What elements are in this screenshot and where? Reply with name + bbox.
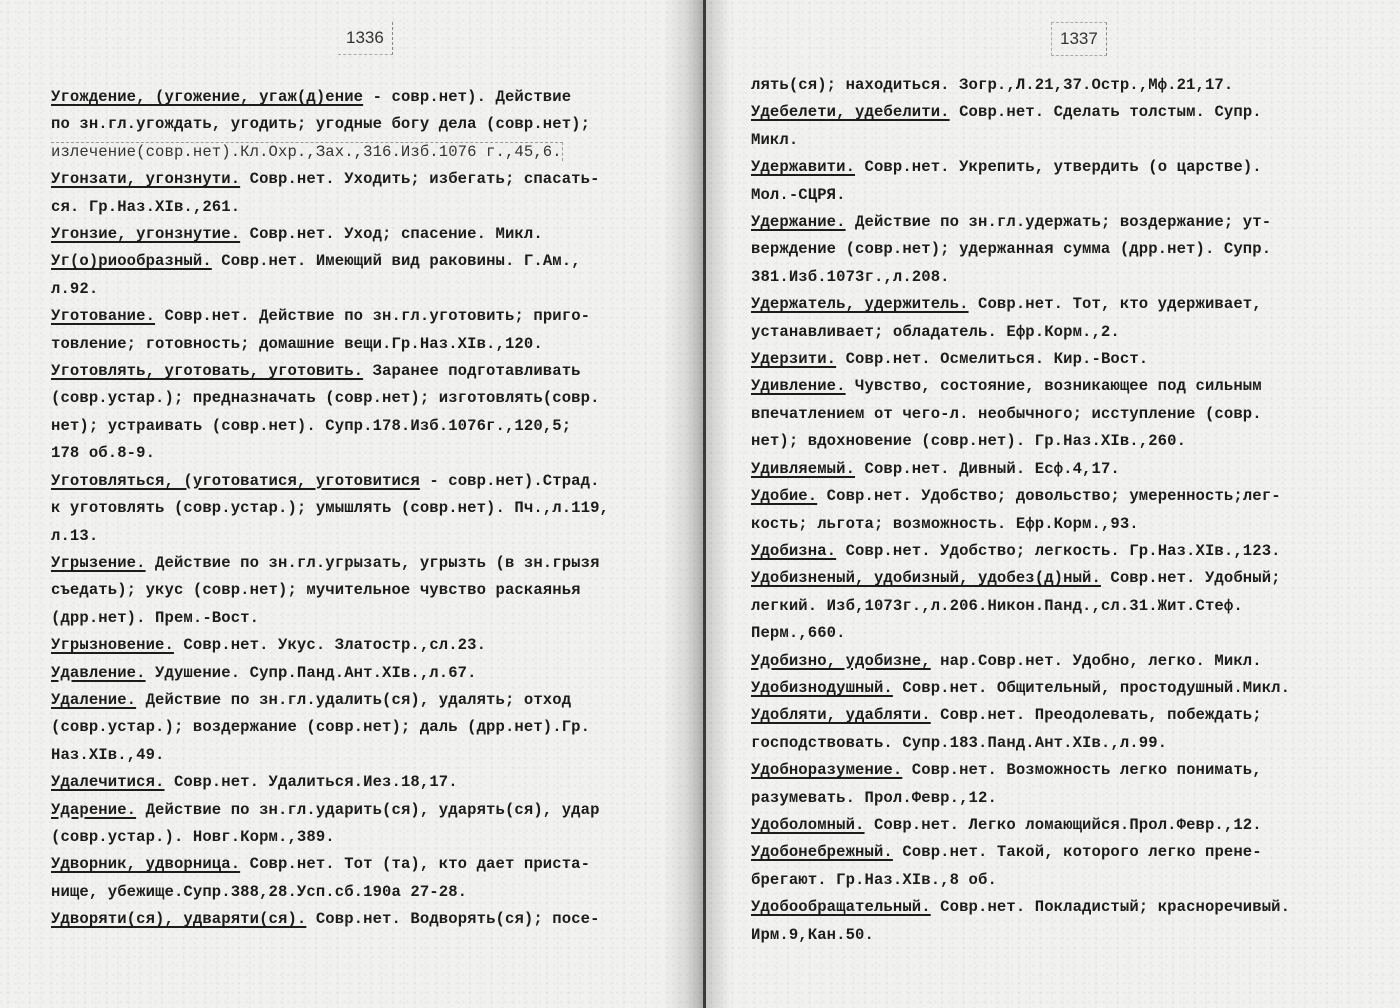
headword: Угождение, (угожение, угаж(д)ение (51, 88, 363, 106)
dictionary-entry-line: Удобноразумение. Совр.нет. Возможность л… (751, 757, 1360, 784)
dictionary-entry-line: Удивление. Чувство, состояние, возникающ… (751, 373, 1360, 400)
dictionary-continuation-line: 178 об.8-9. (51, 440, 667, 467)
dictionary-entry-line: Удобообращательный. Совр.нет. Покладисты… (751, 894, 1360, 921)
entry-text: л.92. (51, 280, 98, 298)
entry-text: Совр.нет. Дивный. Есф.4,17. (855, 460, 1120, 478)
dictionary-entry-line: Удерзити. Совр.нет. Осмелиться. Кир.-Вос… (751, 346, 1360, 373)
entry-text: Совр.нет. Осмелиться. Кир.-Вост. (836, 350, 1148, 368)
dictionary-continuation-line: брегают. Гр.Наз.XIв.,8 об. (751, 867, 1360, 894)
entry-text: к уготовлять (совр.устар.); умышлять (со… (51, 499, 609, 517)
dictionary-continuation-line: Ирм.9,Кан.50. (751, 922, 1360, 949)
dictionary-continuation-line: по зн.гл.угождать, угодить; угодные богу… (51, 111, 667, 138)
entry-text: Мол.-СЦРЯ. (751, 186, 846, 204)
entry-text: Действие по зн.гл.ударить(ся), ударять(с… (136, 801, 599, 819)
dictionary-entry-line: Удаление. Действие по зн.гл.удалить(ся),… (51, 687, 667, 714)
dictionary-entry-line: Угонзати, угонзнути. Совр.нет. Уходить; … (51, 166, 667, 193)
dictionary-continuation-line: ся. Гр.Наз.XIв.,261. (51, 194, 667, 221)
dictionary-entry-line: Удворник, удворница. Совр.нет. Тот (та),… (51, 851, 667, 878)
entry-text: (совр.устар.); предназначать (совр.нет);… (51, 389, 600, 407)
dictionary-continuation-line: (дрр.нет). Прем.-Вост. (51, 605, 667, 632)
entry-text: Совр.нет. Общительный, простодушный.Микл… (893, 679, 1290, 697)
dictionary-entry-line: Удобизненый, удобизный, удобез(д)ный. Со… (751, 565, 1360, 592)
dictionary-continuation-line: легкий. Изб,1073г.,л.206.Никон.Панд.,сл.… (751, 593, 1360, 620)
entry-text: (дрр.нет). Прем.-Вост. (51, 609, 259, 627)
entry-text: Совр.нет. Удобство; легкость. Гр.Наз.XIв… (836, 542, 1281, 560)
headword: Удобообращательный. (751, 898, 931, 916)
dictionary-continuation-line: верждение (совр.нет); удержанная сумма (… (751, 236, 1360, 263)
dictionary-entry-line: Удержание. Действие по зн.гл.удержать; в… (751, 209, 1360, 236)
dictionary-continuation-line: Микл. (751, 127, 1360, 154)
entry-text: господствовать. Супр.183.Панд.Ант.XIв.,л… (751, 734, 1167, 752)
headword: Удобонебрежный. (751, 843, 893, 861)
page-number-right: 1337 (1051, 22, 1107, 56)
dictionary-continuation-line: нет); устраивать (совр.нет). Супр.178.Из… (51, 413, 667, 440)
dictionary-entry-line: Удобизнодушный. Совр.нет. Общительный, п… (751, 675, 1360, 702)
dictionary-entry-line: Угрызение. Действие по зн.гл.угрызать, у… (51, 550, 667, 577)
headword: Уг(о)риообразный. (51, 252, 212, 270)
headword: Угонзати, угонзнути. (51, 170, 240, 188)
dictionary-entry-line: Удобляти, удабляти. Совр.нет. Преодолева… (751, 702, 1360, 729)
dictionary-entry-line: Удержавити. Совр.нет. Укрепить, утвердит… (751, 154, 1360, 181)
dictionary-entry-line: Угождение, (угожение, угаж(д)ение - совр… (51, 84, 667, 111)
headword: Удобноразумение. (751, 761, 902, 779)
dictionary-entry-line: Удивляемый. Совр.нет. Дивный. Есф.4,17. (751, 456, 1360, 483)
dictionary-entry-line: Удоболомный. Совр.нет. Легко ломающийся.… (751, 812, 1360, 839)
dictionary-continuation-line: Перм.,660. (751, 620, 1360, 647)
dictionary-entry-line: Удобие. Совр.нет. Удобство; довольство; … (751, 483, 1360, 510)
headword: Удворяти(ся), удваряти(ся). (51, 910, 306, 928)
entry-text: нар.Совр.нет. Удобно, легко. Микл. (931, 652, 1262, 670)
dictionary-continuation-line: нет); вдохновение (совр.нет). Гр.Наз.XIв… (751, 428, 1360, 455)
entry-text: Совр.нет. Легко ломающийся.Прол.Февр.,12… (865, 816, 1262, 834)
dictionary-entry-line: Угрызновение. Совр.нет. Укус. Златостр.,… (51, 632, 667, 659)
book-spread: 1336 Угождение, (угожение, угаж(д)ение -… (0, 0, 1400, 1008)
dictionary-entry-line: Уготовляться, (уготоватися, уготовитися … (51, 468, 667, 495)
entry-text: Совр.нет. Имеющий вид раковины. Г.Ам., (212, 252, 581, 270)
dictionary-entry-line: Удобизно, удобизне, нар.Совр.нет. Удобно… (751, 648, 1360, 675)
entry-text: Заранее подготавливать (363, 362, 581, 380)
entries-left: Угождение, (угожение, угаж(д)ение - совр… (51, 84, 667, 934)
entry-text: Чувство, состояние, возникающее под силь… (846, 377, 1262, 395)
headword: Удворник, удворница. (51, 855, 240, 873)
dictionary-entry-line: Удебелети, удебелити. Совр.нет. Сделать … (751, 99, 1360, 126)
entry-text: впечатлением от чего-л. необычного; исст… (751, 405, 1262, 423)
dictionary-entry-line: Уготование. Совр.нет. Действие по зн.гл.… (51, 303, 667, 330)
entry-text: устанавливает; обладатель. Ефр.Корм.,2. (751, 323, 1120, 341)
headword: Уготовляться, (уготоватися, уготовитися (51, 472, 420, 490)
headword: Удавление. (51, 664, 146, 682)
headword: Удивляемый. (751, 460, 855, 478)
entry-text: Совр.нет. Водворять(ся); посе- (306, 910, 599, 928)
headword: Удобизно, удобизне, (751, 652, 931, 670)
entry-text: Наз.XIв.,49. (51, 746, 165, 764)
dictionary-entry-line: Удворяти(ся), удваряти(ся). Совр.нет. Во… (51, 906, 667, 933)
dictionary-entry-line: Удалечитися. Совр.нет. Удалиться.Иез.18,… (51, 769, 667, 796)
entry-text: Ирм.9,Кан.50. (751, 926, 874, 944)
entry-text: Совр.нет. Возможность легко понимать, (902, 761, 1261, 779)
entry-text: лять(ся); находиться. Зогр.,Л.21,37.Остр… (751, 76, 1233, 94)
dictionary-entry-line: Удобизна. Совр.нет. Удобство; легкость. … (751, 538, 1360, 565)
dictionary-entry-line: Угонзие, угонзнутие. Совр.нет. Уход; спа… (51, 221, 667, 248)
dictionary-entry-line: Удобонебрежный. Совр.нет. Такой, которог… (751, 839, 1360, 866)
headword: Ударение. (51, 801, 136, 819)
headword: Удержавити. (751, 158, 855, 176)
entries-right: лять(ся); находиться. Зогр.,Л.21,37.Остр… (751, 72, 1360, 949)
dictionary-continuation-line: лять(ся); находиться. Зогр.,Л.21,37.Остр… (751, 72, 1360, 99)
entry-text: съедать); укус (совр.нет); мучительное ч… (51, 581, 581, 599)
dictionary-continuation-line: съедать); укус (совр.нет); мучительное ч… (51, 577, 667, 604)
entry-text: Совр.нет. Преодолевать, побеждать; (931, 706, 1262, 724)
headword: Удивление. (751, 377, 846, 395)
dictionary-continuation-line: господствовать. Супр.183.Панд.Ант.XIв.,л… (751, 730, 1360, 757)
dictionary-continuation-line: излечение(совр.нет).Кл.Охр.,Зах.,316.Изб… (51, 139, 667, 166)
headword: Удебелети, удебелити. (751, 103, 950, 121)
entry-text: нет); устраивать (совр.нет). Супр.178.Из… (51, 417, 571, 435)
page-left: 1336 Угождение, (угожение, угаж(д)ение -… (0, 0, 703, 1008)
entry-text: излечение(совр.нет).Кл.Охр.,Зах.,316.Изб… (51, 142, 563, 161)
entry-text: Действие по зн.гл.угрызать, угрызть (в з… (146, 554, 600, 572)
headword: Удобизна. (751, 542, 836, 560)
entry-text: Совр.нет. Укус. Златостр.,сл.23. (174, 636, 486, 654)
entry-text: Действие по зн.гл.удалить(ся), удалять; … (136, 691, 571, 709)
entry-text: 381.Изб.1073г.,л.208. (751, 268, 950, 286)
entry-text: Совр.нет. Тот (та), кто дает приста- (240, 855, 590, 873)
headword: Уготование. (51, 307, 155, 325)
headword: Угрызение. (51, 554, 146, 572)
headword: Удержание. (751, 213, 846, 231)
entry-text: Действие по зн.гл.удержать; воздержание;… (846, 213, 1272, 231)
entry-text: - совр.нет).Страд. (420, 472, 600, 490)
entry-text: Совр.нет. Уход; спасение. Микл. (240, 225, 543, 243)
entry-text: нет); вдохновение (совр.нет). Гр.Наз.XIв… (751, 432, 1186, 450)
entry-text: Совр.нет. Укрепить, утвердить (о царстве… (855, 158, 1262, 176)
page-number-left: 1336 (338, 22, 393, 55)
dictionary-continuation-line: (совр.устар.). Новг.Корм.,389. (51, 824, 667, 851)
dictionary-continuation-line: Мол.-СЦРЯ. (751, 182, 1360, 209)
headword: Угонзие, угонзнутие. (51, 225, 240, 243)
dictionary-continuation-line: 381.Изб.1073г.,л.208. (751, 264, 1360, 291)
entry-text: л.13. (51, 527, 98, 545)
headword: Удоболомный. (751, 816, 865, 834)
headword: Удержатель, удержитель. (751, 295, 969, 313)
headword: Уготовлять, уготовать, уготовить. (51, 362, 363, 380)
entry-text: кость; льгота; возможность. Ефр.Корм.,93… (751, 515, 1139, 533)
dictionary-continuation-line: (совр.устар.); предназначать (совр.нет);… (51, 385, 667, 412)
entry-text: Совр.нет. Действие по зн.гл.уготовить; п… (155, 307, 590, 325)
dictionary-continuation-line: устанавливает; обладатель. Ефр.Корм.,2. (751, 319, 1360, 346)
dictionary-continuation-line: Наз.XIв.,49. (51, 742, 667, 769)
entry-text: нище, убежище.Супр.388,28.Усп.сб.190а 27… (51, 883, 467, 901)
dictionary-continuation-line: л.13. (51, 523, 667, 550)
entry-text: 178 об.8-9. (51, 444, 155, 462)
dictionary-entry-line: Уготовлять, уготовать, уготовить. Заране… (51, 358, 667, 385)
entry-text: Удушение. Супр.Панд.Ант.XIв.,л.67. (146, 664, 477, 682)
entry-text: (совр.устар.); воздержание (совр.нет); д… (51, 718, 590, 736)
headword: Удалечитися. (51, 773, 165, 791)
dictionary-entry-line: Ударение. Действие по зн.гл.ударить(ся),… (51, 797, 667, 824)
entry-text: ся. Гр.Наз.XIв.,261. (51, 198, 240, 216)
dictionary-entry-line: Удержатель, удержитель. Совр.нет. Тот, к… (751, 291, 1360, 318)
dictionary-continuation-line: впечатлением от чего-л. необычного; исст… (751, 401, 1360, 428)
dictionary-continuation-line: нище, убежище.Супр.388,28.Усп.сб.190а 27… (51, 879, 667, 906)
dictionary-continuation-line: кость; льгота; возможность. Ефр.Корм.,93… (751, 511, 1360, 538)
entry-text: брегают. Гр.Наз.XIв.,8 об. (751, 871, 997, 889)
dictionary-continuation-line: (совр.устар.); воздержание (совр.нет); д… (51, 714, 667, 741)
entry-text: Совр.нет. Удобство; довольство; умеренно… (817, 487, 1280, 505)
dictionary-continuation-line: товление; готовность; домашние вещи.Гр.Н… (51, 331, 667, 358)
entry-text: Совр.нет. Тот, кто удерживает, (969, 295, 1262, 313)
dictionary-entry-line: Уг(о)риообразный. Совр.нет. Имеющий вид … (51, 248, 667, 275)
entry-text: Совр.нет. Покладистый; красноречивый. (931, 898, 1290, 916)
headword: Удобие. (751, 487, 817, 505)
entry-text: по зн.гл.угождать, угодить; угодные богу… (51, 115, 590, 133)
headword: Удаление. (51, 691, 136, 709)
entry-text: Совр.нет. Удобный; (1101, 569, 1281, 587)
entry-text: Совр.нет. Сделать толстым. Супр. (950, 103, 1262, 121)
page-right: 1337 лять(ся); находиться. Зогр.,Л.21,37… (703, 0, 1400, 1008)
entry-text: легкий. Изб,1073г.,л.206.Никон.Панд.,сл.… (751, 597, 1243, 615)
dictionary-continuation-line: разумевать. Прол.Февр.,12. (751, 785, 1360, 812)
entry-text: верждение (совр.нет); удержанная сумма (… (751, 240, 1271, 258)
headword: Угрызновение. (51, 636, 174, 654)
entry-text: Перм.,660. (751, 624, 846, 642)
headword: Удобляти, удабляти. (751, 706, 931, 724)
headword: Удобизнодушный. (751, 679, 893, 697)
entry-text: Совр.нет. Такой, которого легко прене- (893, 843, 1262, 861)
entry-text: - совр.нет). Действие (363, 88, 571, 106)
entry-text: (совр.устар.). Новг.Корм.,389. (51, 828, 335, 846)
entry-text: разумевать. Прол.Февр.,12. (751, 789, 997, 807)
headword: Удобизненый, удобизный, удобез(д)ный. (751, 569, 1101, 587)
headword: Удерзити. (751, 350, 836, 368)
dictionary-continuation-line: л.92. (51, 276, 667, 303)
dictionary-entry-line: Удавление. Удушение. Супр.Панд.Ант.XIв.,… (51, 660, 667, 687)
entry-text: товление; готовность; домашние вещи.Гр.Н… (51, 335, 543, 353)
entry-text: Совр.нет. Уходить; избегать; спасать- (240, 170, 599, 188)
entry-text: Совр.нет. Удалиться.Иез.18,17. (165, 773, 458, 791)
dictionary-continuation-line: к уготовлять (совр.устар.); умышлять (со… (51, 495, 667, 522)
entry-text: Микл. (751, 131, 798, 149)
